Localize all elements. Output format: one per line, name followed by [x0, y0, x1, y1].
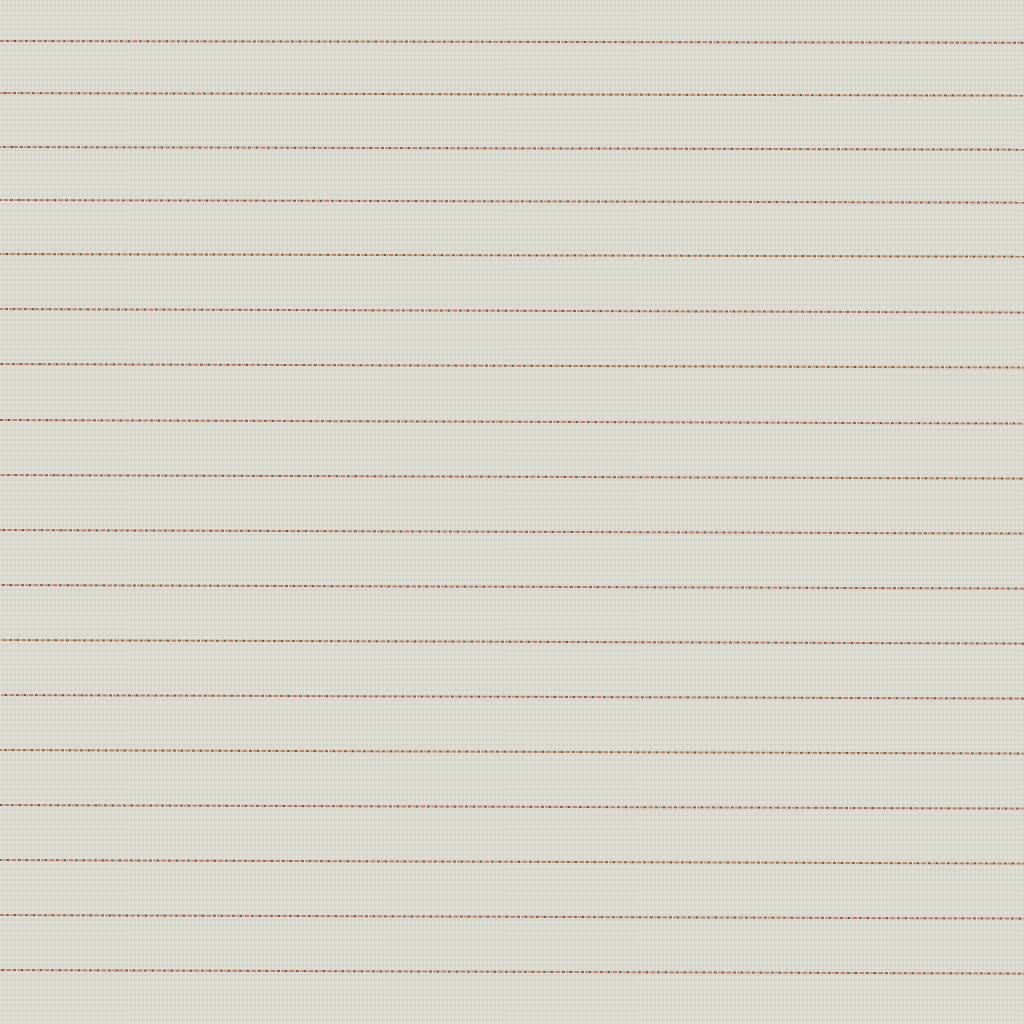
metallic-stripe	[0, 474, 1024, 480]
metallic-stripe	[0, 308, 1024, 314]
metallic-stripe	[0, 584, 1024, 590]
metallic-stripe	[0, 529, 1024, 535]
metallic-stripe	[0, 639, 1024, 645]
metallic-stripe	[0, 363, 1024, 369]
metallic-stripe	[0, 859, 1024, 865]
fabric-texture	[0, 0, 1024, 1024]
metallic-stripe	[0, 969, 1024, 975]
metallic-stripe	[0, 146, 1024, 151]
metallic-stripe	[0, 749, 1024, 755]
metallic-stripe	[0, 40, 1024, 44]
metallic-stripe	[0, 694, 1024, 700]
metallic-stripe	[0, 92, 1024, 97]
metallic-stripe	[0, 199, 1024, 204]
metallic-stripe	[0, 253, 1024, 258]
metallic-stripe	[0, 419, 1024, 425]
metallic-stripe	[0, 804, 1024, 810]
metallic-stripe	[0, 914, 1024, 920]
